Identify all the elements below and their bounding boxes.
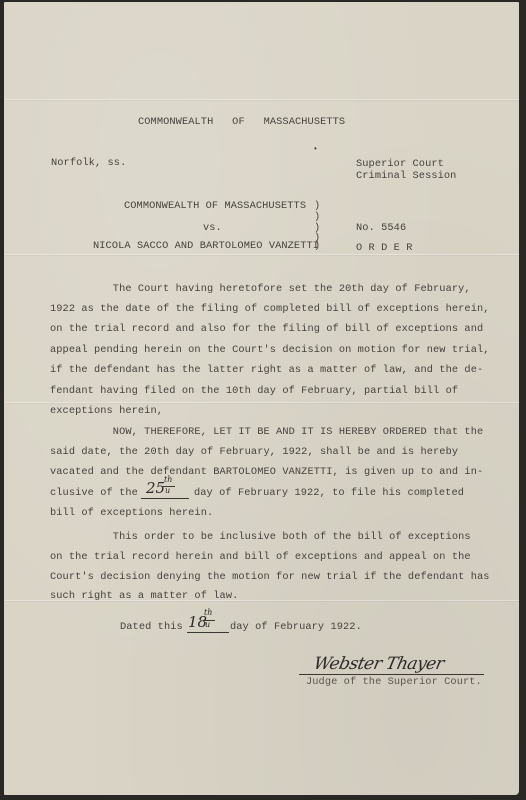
court-session: Criminal Session xyxy=(356,170,456,182)
handwritten-day-25: 25 xyxy=(146,479,165,497)
body-line: NOW, THEREFORE, LET IT BE AND IT IS HERE… xyxy=(50,426,483,438)
county-label: Norfolk, ss. xyxy=(51,157,126,169)
body-line: on the trial record herein and bill of e… xyxy=(50,551,471,563)
handwritten-suffix: th xyxy=(164,475,172,484)
body-line: clusive of the xyxy=(50,487,138,499)
court-name: Superior Court xyxy=(356,158,444,170)
body-line: bill of exceptions herein. xyxy=(50,507,213,519)
blank-underline xyxy=(141,498,189,499)
body-line: 1922 as the date of the filing of comple… xyxy=(50,303,490,315)
body-line: on the trial record and also for the fil… xyxy=(50,323,483,335)
body-line: The Court having heretofore set the 20th… xyxy=(50,283,471,295)
body-line: appeal pending herein on the Court's dec… xyxy=(50,344,490,356)
caption-bracket: ) xyxy=(314,240,320,252)
caption-defendants: NICOLA SACCO AND BARTOLOMEO VANZETTI xyxy=(93,240,319,252)
document-page: COMMONWEALTH OF MASSACHUSETTS • Norfolk,… xyxy=(4,2,519,795)
body-line: This order to be inclusive both of the b… xyxy=(50,531,471,543)
body-line: said date, the 20th day of February, 192… xyxy=(50,446,458,458)
body-line: day of February 1922, to file his comple… xyxy=(194,487,464,499)
signature-line xyxy=(299,674,484,675)
body-line: vacated and the defendant BARTOLOMEO VAN… xyxy=(50,466,483,478)
caption-plaintiff: COMMONWEALTH OF MASSACHUSETTS xyxy=(124,200,306,212)
dated-suffix: day of February 1922. xyxy=(230,621,362,633)
paper-fold xyxy=(4,402,519,403)
blank-underline xyxy=(187,632,229,633)
handwritten-suffix: u xyxy=(205,620,210,629)
body-line: exceptions herein, xyxy=(50,405,163,417)
dated-prefix: Dated this xyxy=(120,621,183,633)
stray-dot: • xyxy=(313,144,318,156)
caption-versus: vs. xyxy=(203,222,222,234)
handwritten-suffix: u xyxy=(165,486,170,495)
handwritten-suffix: th xyxy=(204,608,212,617)
judge-signature: Webster Thayer xyxy=(312,654,446,674)
body-line: fendant having filed on the 10th day of … xyxy=(50,385,458,397)
document-type: O R D E R xyxy=(356,242,413,254)
paper-fold xyxy=(4,99,519,100)
signature-title: Judge of the Superior Court. xyxy=(306,676,482,688)
body-line: such right as a matter of law. xyxy=(50,590,238,602)
body-line: Court's decision denying the motion for … xyxy=(50,571,490,583)
case-number: No. 5546 xyxy=(356,222,406,234)
body-line: if the defendant has the latter right as… xyxy=(50,364,483,376)
document-heading: COMMONWEALTH OF MASSACHUSETTS xyxy=(138,116,345,128)
paper-fold xyxy=(4,254,519,255)
